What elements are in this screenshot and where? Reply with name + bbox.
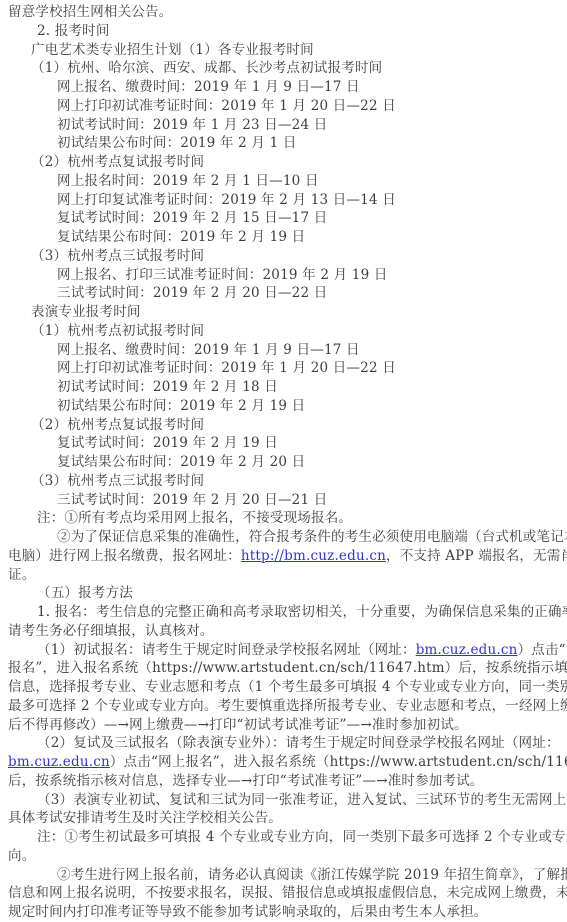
text-line: 网上打印初试准考证时间：2019 年 1 月 20 日—22 日 [0,97,567,116]
text-line: ②考生进行网上报名前，请务必认真阅读《浙江传媒学院 2019 年招生简章》，了解… [0,866,567,885]
text-line: bm.cuz.edu.cn）点击“网上报名”，进入报名系统（https://ww… [0,753,567,772]
text-run: 网上报名时间：2019 年 2 月 1 日—10 日 [57,173,319,189]
text-line: 后不得再修改）—→网上缴费—→打印“初试考试准考证”—→准时参加初试。 [0,716,567,735]
text-run: ，不支持 APP 端报名，无需肖像认 [386,548,567,564]
text-line: 三试考试时间：2019 年 2 月 20 日—22 日 [0,284,567,303]
text-line: 2. 报考时间 [0,22,567,41]
text-line: 1. 报名：考生信息的完整正确和高考录取密切相关，十分重要，为确保信息采集的正确… [0,603,567,622]
registration-url-link[interactable]: bm.cuz.edu.cn [8,754,110,770]
text-line: 网上打印复试准考证时间：2019 年 2 月 13 日—14 日 [0,191,567,210]
text-line: 向。 [0,847,567,866]
text-run: 网上打印复试准考证时间：2019 年 2 月 13 日—14 日 [57,192,396,208]
text-run: 1. 报名：考生信息的完整正确和高考录取密切相关，十分重要，为确保信息采集的正确… [37,604,567,620]
text-run: 初试考试时间：2019 年 2 月 18 日 [57,379,278,395]
text-run: 三试考试时间：2019 年 2 月 20 日—22 日 [57,285,327,301]
text-line: 最多可选择 2 个专业或专业方向。考生要慎重选择所报考专业、专业志愿和考点，一经… [0,697,567,716]
text-run: 复试考试时间：2019 年 2 月 19 日 [57,435,278,451]
text-line: 初试考试时间：2019 年 1 月 23 日—24 日 [0,116,567,135]
text-run: ②考生进行网上报名前，请务必认真阅读《浙江传媒学院 2019 年招生简章》，了解… [57,867,567,883]
text-run: 具体考试安排请考生及时关注学校相关公告。 [8,810,282,826]
text-line: 复试考试时间：2019 年 2 月 15 日—17 日 [0,209,567,228]
text-line: 复试结果公布时间：2019 年 2 月 19 日 [0,228,567,247]
text-line: 初试考试时间：2019 年 2 月 18 日 [0,378,567,397]
text-run: （3）杭州考点三试报考时间 [31,248,204,264]
text-run: 最多可选择 2 个专业或专业方向。考生要慎重选择所报考专业、专业志愿和考点，一经… [8,698,567,714]
text-line: 网上报名、缴费时间：2019 年 1 月 9 日—17 日 [0,78,567,97]
text-line: （1）杭州、哈尔滨、西安、成都、长沙考点初试报考时间 [0,59,567,78]
text-line: 初试结果公布时间：2019 年 2 月 1 日 [0,134,567,153]
text-run: 留意学校招生网相关公告。 [8,4,172,20]
text-run: 网上打印初试准考证时间：2019 年 1 月 20 日—22 日 [57,360,396,376]
text-run: 报名”，进入报名系统（https://www.artstudent.cn/sch… [8,660,567,676]
text-line: （1）杭州考点初试报考时间 [0,322,567,341]
text-run: 证。 [8,567,35,583]
text-line: 电脑）进行网上报名缴费，报名网址：http://bm.cuz.edu.cn，不支… [0,547,567,566]
text-line: ②为了保证信息采集的准确性，符合报考条件的考生必须使用电脑端（台式机或笔记本 [0,528,567,547]
text-run: 广电艺术类专业招生计划（1）各专业报考时间 [31,42,314,58]
text-line: 规定时间内打印准考证等导致不能参加考试影响录取的，后果由考生本人承担。 [0,903,567,922]
text-line: 报名”，进入报名系统（https://www.artstudent.cn/sch… [0,659,567,678]
text-run: （2）复试及三试报名（除表演专业外）：请考生于规定时间登录学校报名网址（网址： [37,735,560,751]
text-line: 注：①所有考点均采用网上报名，不接受现场报名。 [0,509,567,528]
text-run: 网上报名、缴费时间：2019 年 1 月 9 日—17 日 [57,342,360,358]
text-run: （1）杭州、哈尔滨、西安、成都、长沙考点初试报考时间 [31,60,382,76]
text-line: （五）报考方法 [0,584,567,603]
text-run: 复试结果公布时间：2019 年 2 月 19 日 [57,229,305,245]
text-run: 复试考试时间：2019 年 2 月 15 日—17 日 [57,210,327,226]
text-run: （3）杭州考点三试报考时间 [31,473,204,489]
text-run: ②为了保证信息采集的准确性，符合报考条件的考生必须使用电脑端（台式机或笔记本 [57,529,567,545]
text-line: 复试结果公布时间：2019 年 2 月 20 日 [0,453,567,472]
document-body: 留意学校招生网相关公告。2. 报考时间广电艺术类专业招生计划（1）各专业报考时间… [0,0,567,922]
text-line: 信息，选择报考专业、专业志愿和考点（1 个考生最多可填报 4 个专业或专业方向，… [0,678,567,697]
text-line: 留意学校招生网相关公告。 [0,3,567,22]
text-run: 请考生务必仔细填报，认真核对。 [8,623,214,639]
text-line: 广电艺术类专业招生计划（1）各专业报考时间 [0,41,567,60]
text-run: 复试结果公布时间：2019 年 2 月 20 日 [57,454,305,470]
text-run: 初试结果公布时间：2019 年 2 月 19 日 [57,398,305,414]
text-run: （五）报考方法 [37,585,133,601]
text-run: 表演专业报考时间 [31,304,141,320]
text-run: 三试考试时间：2019 年 2 月 20 日—21 日 [57,492,327,508]
text-line: 初试结果公布时间：2019 年 2 月 19 日 [0,397,567,416]
text-run: ）点击“网上 [518,642,567,658]
registration-url-link[interactable]: bm.cuz.edu.cn [416,642,518,658]
text-run: （1）初试报名：请考生于规定时间登录学校报名网址（网址： [37,642,416,658]
text-line: （3）杭州考点三试报考时间 [0,472,567,491]
text-run: 向。 [8,848,35,864]
text-line: 网上报名时间：2019 年 2 月 1 日—10 日 [0,172,567,191]
text-line: （3）表演专业初试、复试和三试为同一张准考证，进入复试、三试环节的考生无需网上报… [0,791,567,810]
text-run: 网上报名、打印三试准考证时间：2019 年 2 月 19 日 [57,267,388,283]
text-run: （3）表演专业初试、复试和三试为同一张准考证，进入复试、三试环节的考生无需网上报… [37,792,567,808]
text-line: 网上打印初试准考证时间：2019 年 1 月 20 日—22 日 [0,359,567,378]
text-run: 后，按系统指示核对信息，选择专业—→打印“考试准考证”—→准时参加考试。 [8,773,484,789]
text-line: （2）杭州考点复试报考时间 [0,153,567,172]
text-run: 网上打印初试准考证时间：2019 年 1 月 20 日—22 日 [57,98,396,114]
text-line: （2）复试及三试报名（除表演专业外）：请考生于规定时间登录学校报名网址（网址： [0,734,567,753]
text-line: （1）初试报名：请考生于规定时间登录学校报名网址（网址：bm.cuz.edu.c… [0,641,567,660]
text-run: ）点击“网上报名”，进入报名系统（https://www.artstudent.… [110,754,567,770]
text-run: 初试结果公布时间：2019 年 2 月 1 日 [57,135,297,151]
text-run: 后不得再修改）—→网上缴费—→打印“初试考试准考证”—→准时参加初试。 [8,717,468,733]
text-run: 规定时间内打印准考证等导致不能参加考试影响录取的，后果由考生本人承担。 [8,904,488,920]
text-run: 信息和网上报名说明，不按要求报名，误报、错报信息或填报虚假信息，未完成网上缴费，… [8,885,567,901]
text-line: 网上报名、缴费时间：2019 年 1 月 9 日—17 日 [0,341,567,360]
text-line: 表演专业报考时间 [0,303,567,322]
text-run: （2）杭州考点复试报考时间 [31,154,204,170]
text-run: 信息，选择报考专业、专业志愿和考点（1 个考生最多可填报 4 个专业或专业方向，… [8,679,567,695]
text-line: （3）杭州考点三试报考时间 [0,247,567,266]
registration-url-link[interactable]: http://bm.cuz.edu.cn [241,548,386,564]
text-run: 注：①考生初试最多可填报 4 个专业或专业方向，同一类别下最多可选择 2 个专业… [37,829,567,845]
text-run: 初试考试时间：2019 年 1 月 23 日—24 日 [57,117,327,133]
text-line: 后，按系统指示核对信息，选择专业—→打印“考试准考证”—→准时参加考试。 [0,772,567,791]
text-run: 2. 报考时间 [37,23,110,39]
text-line: 复试考试时间：2019 年 2 月 19 日 [0,434,567,453]
text-run: 注：①所有考点均采用网上报名，不接受现场报名。 [37,510,352,526]
text-line: 三试考试时间：2019 年 2 月 20 日—21 日 [0,491,567,510]
text-run: 电脑）进行网上报名缴费，报名网址： [8,548,241,564]
text-run: （1）杭州考点初试报考时间 [31,323,204,339]
text-run: （2）杭州考点复试报考时间 [31,417,204,433]
text-run: 网上报名、缴费时间：2019 年 1 月 9 日—17 日 [57,79,360,95]
text-line: 证。 [0,566,567,585]
text-line: （2）杭州考点复试报考时间 [0,416,567,435]
text-line: 具体考试安排请考生及时关注学校相关公告。 [0,809,567,828]
text-line: 信息和网上报名说明，不按要求报名，误报、错报信息或填报虚假信息，未完成网上缴费，… [0,884,567,903]
text-line: 注：①考生初试最多可填报 4 个专业或专业方向，同一类别下最多可选择 2 个专业… [0,828,567,847]
text-line: 请考生务必仔细填报，认真核对。 [0,622,567,641]
text-line: 网上报名、打印三试准考证时间：2019 年 2 月 19 日 [0,266,567,285]
